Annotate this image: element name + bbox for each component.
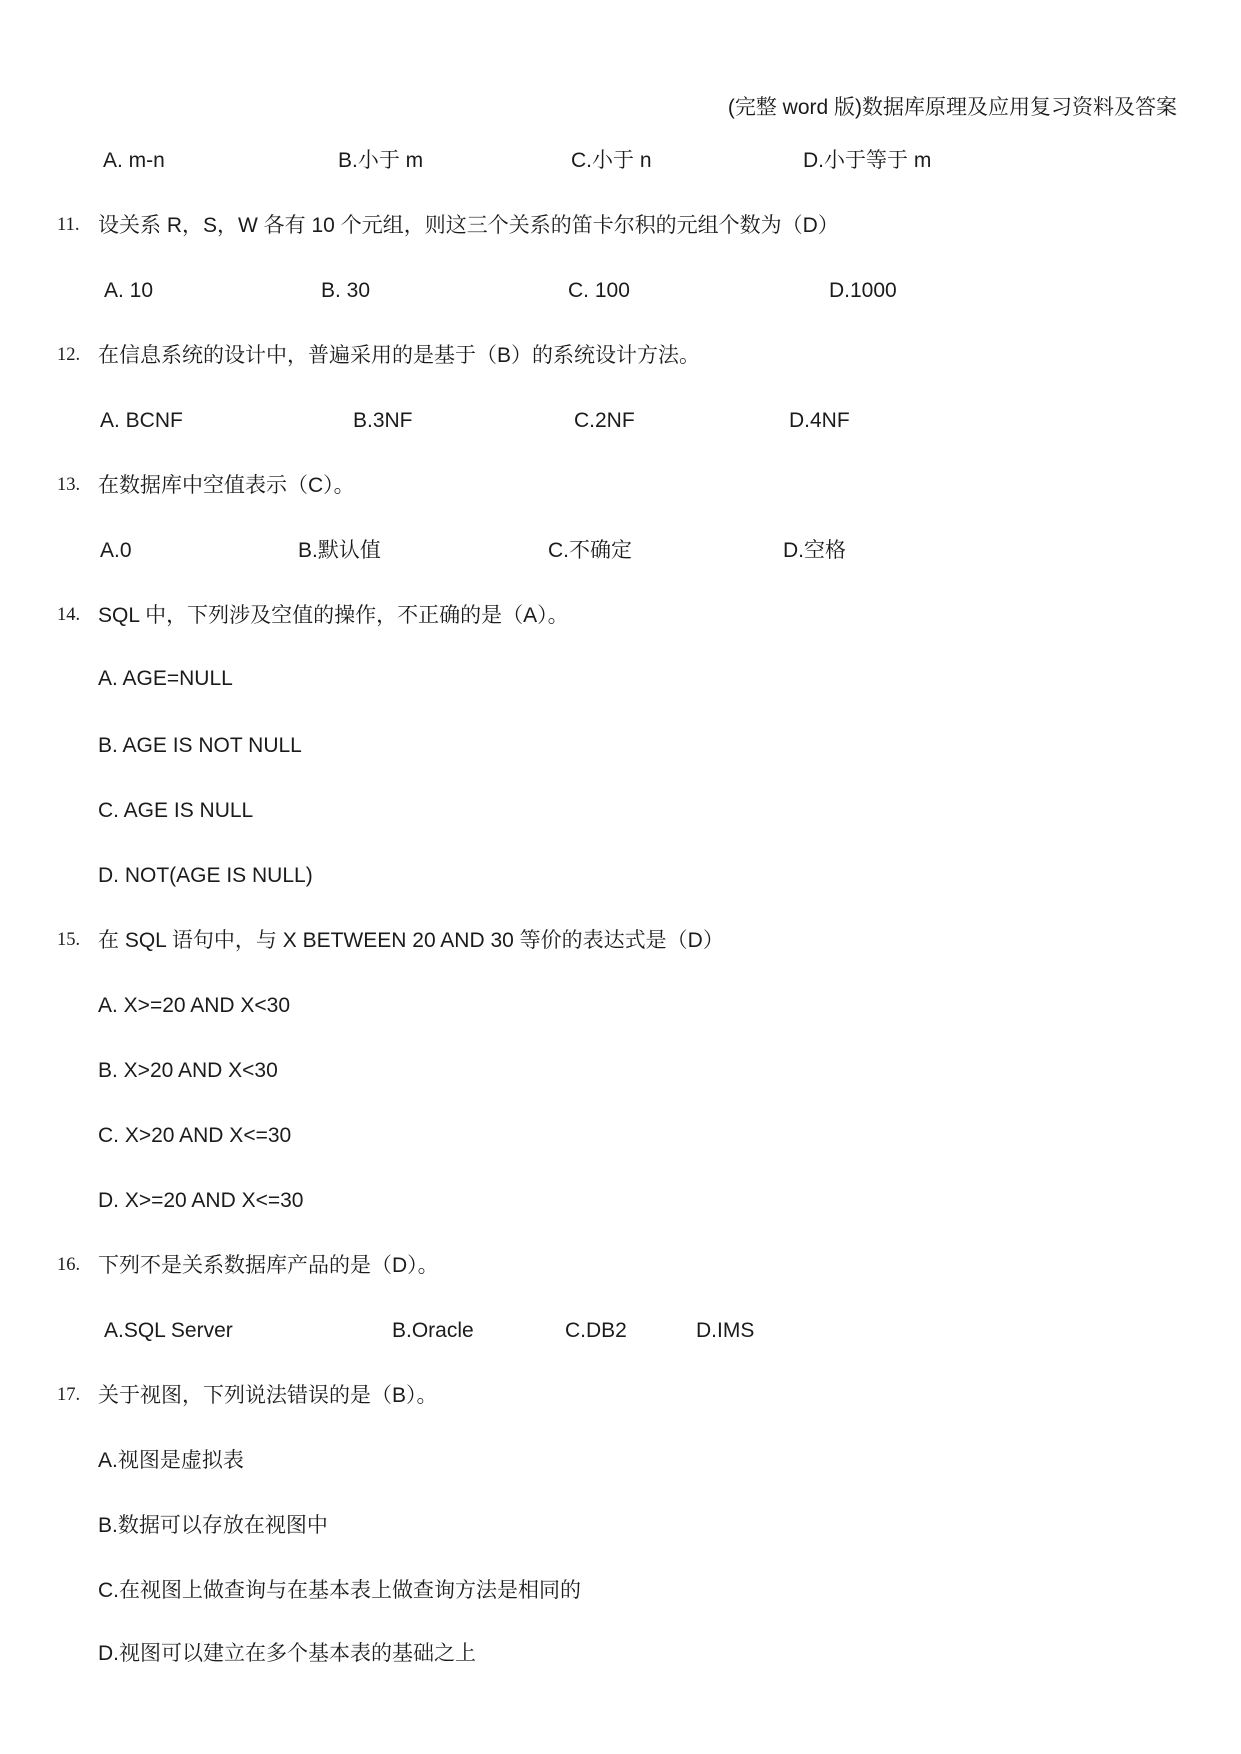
- question-12-option-c: C.2NF: [574, 388, 635, 453]
- question-15-option-b: B. X>20 AND X<30: [98, 1038, 278, 1103]
- question-14-option-d: D. NOT(AGE IS NULL): [98, 843, 313, 908]
- question-15-option-b-row: B. X>20 AND X<30: [0, 1038, 1241, 1103]
- question-14-option-b: B. AGE IS NOT NULL: [98, 713, 302, 778]
- question-12-row: 12. 在信息系统的设计中，普遍采用的是基于（B）的系统设计方法。: [0, 323, 1241, 388]
- question-15-option-d: D. X>=20 AND X<=30: [98, 1168, 303, 1233]
- question-13-options-row: A.0 B.默认值 C.不确定 D.空格: [0, 518, 1241, 583]
- question-17-option-c-row: C.在视图上做查询与在基本表上做查询方法是相同的: [0, 1558, 1241, 1623]
- question-11-option-d: D.1000: [829, 258, 897, 323]
- question-15-option-c-row: C. X>20 AND X<=30: [0, 1103, 1241, 1168]
- question-10-option-d: D.小于等于 m: [803, 128, 931, 193]
- question-12-options-row: A. BCNF B.3NF C.2NF D.4NF: [0, 388, 1241, 453]
- question-11-text: 设关系 R，S，W 各有 10 个元组，则这三个关系的笛卡尔积的元组个数为（D）: [98, 193, 839, 258]
- question-14-option-d-row: D. NOT(AGE IS NULL): [0, 843, 1241, 908]
- question-14-row: 14. SQL 中，下列涉及空值的操作，不正确的是（A）。: [0, 583, 1241, 648]
- question-16-option-b: B.Oracle: [392, 1298, 474, 1363]
- question-17-number: 17.: [57, 1363, 80, 1428]
- question-10-option-c: C.小于 n: [571, 128, 652, 193]
- question-16-number: 16.: [57, 1233, 80, 1298]
- question-16-option-d: D.IMS: [696, 1298, 754, 1363]
- question-17-option-c: C.在视图上做查询与在基本表上做查询方法是相同的: [98, 1558, 581, 1623]
- question-10-option-b: B.小于 m: [338, 128, 423, 193]
- question-11-options-row: A. 10 B. 30 C. 100 D.1000: [0, 258, 1241, 323]
- question-11-row: 11. 设关系 R，S，W 各有 10 个元组，则这三个关系的笛卡尔积的元组个数…: [0, 193, 1241, 258]
- question-15-option-c: C. X>20 AND X<=30: [98, 1103, 291, 1168]
- question-13-option-a: A.0: [100, 518, 132, 583]
- question-14-option-b-row: B. AGE IS NOT NULL: [0, 713, 1241, 778]
- question-15-option-d-row: D. X>=20 AND X<=30: [0, 1168, 1241, 1233]
- question-14-option-c: C. AGE IS NULL: [98, 778, 253, 843]
- question-13-row: 13. 在数据库中空值表示（C）。: [0, 453, 1241, 518]
- question-15-option-a-row: A. X>=20 AND X<30: [0, 973, 1241, 1038]
- question-12-option-b: B.3NF: [353, 388, 413, 453]
- question-12-text: 在信息系统的设计中，普遍采用的是基于（B）的系统设计方法。: [98, 323, 700, 388]
- question-13-number: 13.: [57, 453, 80, 518]
- question-14-option-a: A. AGE=NULL: [98, 646, 233, 711]
- question-16-row: 16. 下列不是关系数据库产品的是（D）。: [0, 1233, 1241, 1298]
- question-14-option-c-row: C. AGE IS NULL: [0, 778, 1241, 843]
- question-12-option-a: A. BCNF: [100, 388, 183, 453]
- question-17-option-a-row: A.视图是虚拟表: [0, 1428, 1241, 1493]
- question-14-option-a-row: A. AGE=NULL: [0, 646, 1241, 711]
- question-15-option-a: A. X>=20 AND X<30: [98, 973, 290, 1038]
- question-16-options-row: A.SQL Server B.Oracle C.DB2 D.IMS: [0, 1298, 1241, 1363]
- question-10-option-a: A. m-n: [103, 128, 165, 193]
- question-13-option-b: B.默认值: [298, 518, 381, 583]
- question-16-text: 下列不是关系数据库产品的是（D）。: [98, 1233, 439, 1298]
- question-17-option-b: B.数据可以存放在视图中: [98, 1493, 328, 1558]
- question-15-text: 在 SQL 语句中，与 X BETWEEN 20 AND 30 等价的表达式是（…: [98, 908, 724, 973]
- question-13-text: 在数据库中空值表示（C）。: [98, 453, 355, 518]
- question-11-option-a: A. 10: [104, 258, 153, 323]
- question-16-option-c: C.DB2: [565, 1298, 627, 1363]
- question-14-number: 14.: [57, 583, 80, 648]
- question-11-number: 11.: [57, 193, 79, 258]
- question-17-option-d-row: D.视图可以建立在多个基本表的基础之上: [0, 1621, 1241, 1686]
- question-15-row: 15. 在 SQL 语句中，与 X BETWEEN 20 AND 30 等价的表…: [0, 908, 1241, 973]
- question-13-option-d: D.空格: [783, 518, 846, 583]
- question-16-option-a: A.SQL Server: [104, 1298, 233, 1363]
- question-12-number: 12.: [57, 323, 80, 388]
- document-page: (完整 word 版)数据库原理及应用复习资料及答案 A. m-n B.小于 m…: [0, 0, 1241, 1754]
- question-14-text: SQL 中，下列涉及空值的操作，不正确的是（A）。: [98, 583, 569, 648]
- question-11-option-b: B. 30: [321, 258, 370, 323]
- question-12-option-d: D.4NF: [789, 388, 850, 453]
- question-13-option-c: C.不确定: [548, 518, 632, 583]
- question-17-option-d: D.视图可以建立在多个基本表的基础之上: [98, 1621, 476, 1686]
- question-15-number: 15.: [57, 908, 80, 973]
- question-10-options-row: A. m-n B.小于 m C.小于 n D.小于等于 m: [0, 128, 1241, 193]
- question-17-option-b-row: B.数据可以存放在视图中: [0, 1493, 1241, 1558]
- question-17-text: 关于视图，下列说法错误的是（B）。: [98, 1363, 438, 1428]
- question-17-option-a: A.视图是虚拟表: [98, 1428, 244, 1493]
- question-11-option-c: C. 100: [568, 258, 630, 323]
- question-17-row: 17. 关于视图，下列说法错误的是（B）。: [0, 1363, 1241, 1428]
